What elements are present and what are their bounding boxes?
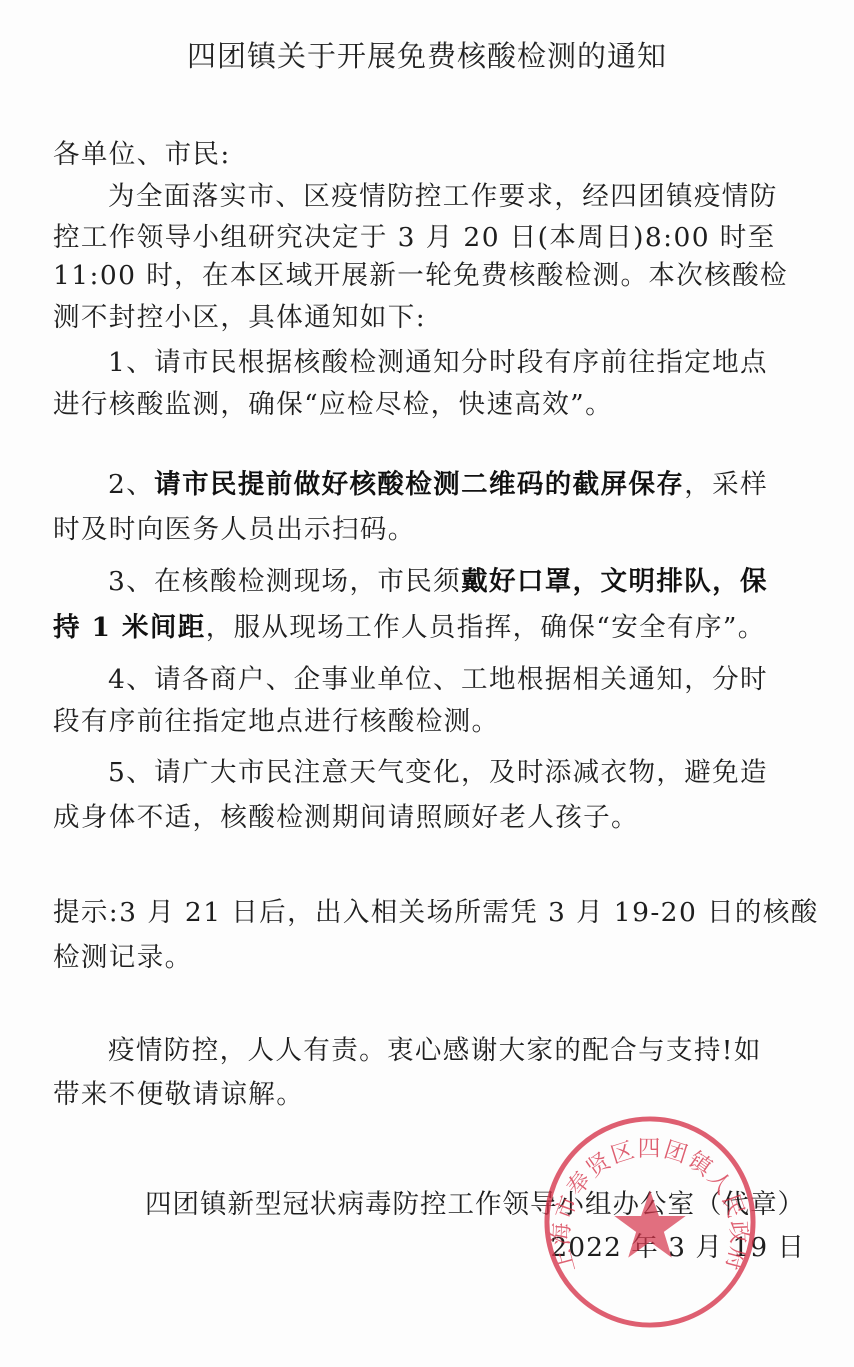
item-line: 进行核酸监测，确保“应检尽检，快速高效”。 [53, 387, 813, 423]
intro-line: 测不封控小区，具体通知如下: [53, 300, 813, 336]
intro-line: 为全面落实市、区疫情防控工作要求，经四团镇疫情防 [108, 179, 854, 215]
item-text: 4、请各商户、企事业单位、工地根据相关通知，分时 [108, 664, 768, 695]
tip-line: 检测记录。 [53, 940, 813, 976]
item-text: 成身体不适，核酸检测期间请照顾好老人孩子。 [53, 802, 639, 833]
item-line: 4、请各商户、企事业单位、工地根据相关通知，分时 [108, 662, 854, 698]
item-bold-text: 持 1 米间距 [53, 612, 206, 643]
item-text: 时及时向医务人员出示扫码。 [53, 514, 416, 545]
item-text: 5、请广大市民注意天气变化，及时添减衣物，避免造 [108, 757, 768, 788]
item-text: 1、请市民根据核酸检测通知分时段有序前往指定地点 [108, 347, 768, 378]
closing-line: 带来不便敬请谅解。 [53, 1077, 813, 1113]
item-line: 5、请广大市民注意天气变化，及时添减衣物，避免造 [108, 755, 854, 791]
item-text: ，服从现场工作人员指挥，确保“安全有序”。 [206, 612, 766, 643]
document-title: 四团镇关于开展免费核酸检测的通知 [0, 36, 854, 76]
item-bold-text: 戴好口罩，文明排队，保 [461, 566, 768, 597]
item-text: 段有序前往指定地点进行核酸检测。 [53, 706, 499, 737]
item-line: 段有序前往指定地点进行核酸检测。 [53, 704, 813, 740]
signature-date: 2022 年 3 月 19 日 [550, 1230, 805, 1266]
item-line: 时及时向医务人员出示扫码。 [53, 512, 813, 548]
salutation: 各单位、市民: [53, 137, 813, 173]
item-text: 3、在核酸检测现场，市民须 [108, 566, 461, 597]
item-line: 3、在核酸检测现场，市民须戴好口罩，文明排队，保 [108, 564, 854, 600]
intro-line: 11:00 时，在本区域开展新一轮免费核酸检测。本次核酸检 [53, 258, 813, 294]
item-line: 持 1 米间距，服从现场工作人员指挥，确保“安全有序”。 [53, 610, 813, 646]
closing-line: 疫情防控，人人有责。衷心感谢大家的配合与支持!如 [108, 1033, 854, 1069]
item-bold-text: 请市民提前做好核酸检测二维码的截屏保存 [154, 469, 684, 500]
item-text: ，采样 [684, 469, 768, 500]
item-line: 1、请市民根据核酸检测通知分时段有序前往指定地点 [108, 345, 854, 381]
item-text: 2、 [108, 469, 154, 500]
item-line: 2、请市民提前做好核酸检测二维码的截屏保存，采样 [108, 467, 854, 503]
intro-line: 控工作领导小组研究决定于 3 月 20 日(本周日)8:00 时至 [53, 220, 813, 256]
tip-line: 提示:3 月 21 日后，出入相关场所需凭 3 月 19-20 日的核酸 [53, 895, 813, 931]
signature-office: 四团镇新型冠状病毒防控工作领导小组办公室（代章） [145, 1187, 805, 1223]
item-text: 进行核酸监测，确保“应检尽检，快速高效”。 [53, 389, 613, 420]
notice-document: 四团镇关于开展免费核酸检测的通知 各单位、市民: 为全面落实市、区疫情防控工作要… [0, 0, 854, 1367]
item-line: 成身体不适，核酸检测期间请照顾好老人孩子。 [53, 800, 813, 836]
